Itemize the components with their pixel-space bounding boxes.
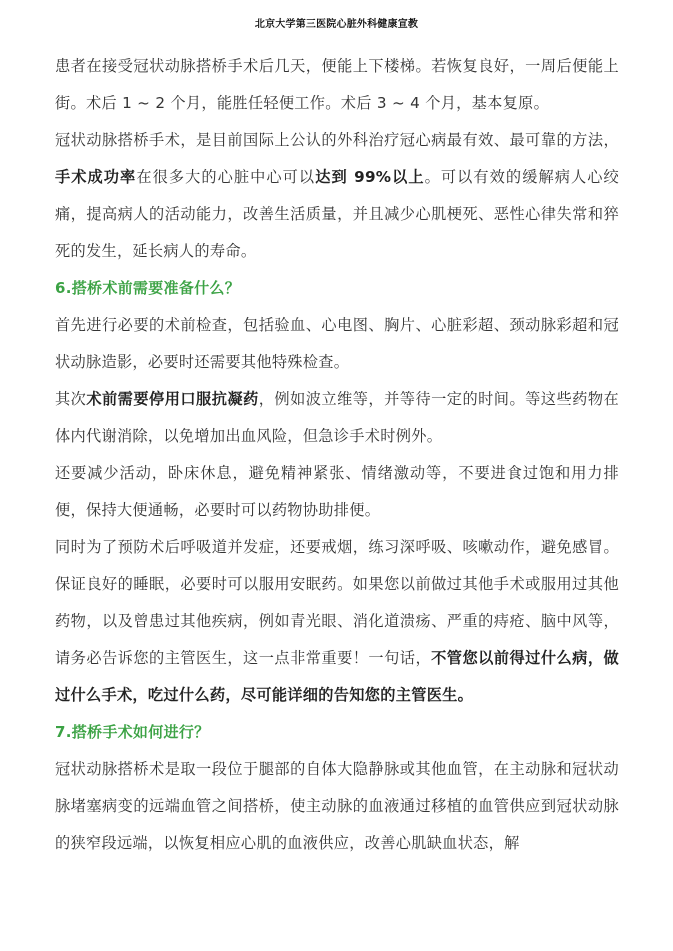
paragraph-rest: 还要减少活动，卧床休息，避免精神紧张、情绪激动等，不要进食过饱和用力排便，保持大… xyxy=(55,455,619,529)
paragraph-respiratory-prevention: 同时为了预防术后呼吸道并发症，还要戒烟，练习深呼吸、咳嗽动作，避免感冒。保证良好… xyxy=(55,529,619,714)
paragraph-anticoagulant: 其次术前需要停用口服抗凝药，例如波立维等，并等待一定的时间。等这些药物在体内代谢… xyxy=(55,381,619,455)
text-segment: 在很多大的心脏中心可以 xyxy=(136,168,315,186)
document-body: 患者在接受冠状动脉搭桥手术后几天，便能上下楼梯。若恢复良好，一周后便能上街。术后… xyxy=(55,48,619,862)
text-segment: 同时为了预防术后呼吸道并发症，还要戒烟，练习深呼吸、咳嗽动作，避免感冒。保证良好… xyxy=(55,538,619,667)
section-heading-6: 6.搭桥术前需要准备什么？ xyxy=(55,270,619,307)
text-segment: 其次 xyxy=(55,390,86,408)
bold-text-success-rate: 手术成功率 xyxy=(55,168,136,186)
section-heading-7: 7.搭桥手术如何进行？ xyxy=(55,714,619,751)
paragraph-preop-exams: 首先进行必要的术前检查，包括验血、心电图、胸片、心脏彩超、颈动脉彩超和冠状动脉造… xyxy=(55,307,619,381)
bold-text-99-percent: 达到 99%以上 xyxy=(315,168,424,186)
paragraph-recovery: 患者在接受冠状动脉搭桥手术后几天，便能上下楼梯。若恢复良好，一周后便能上街。术后… xyxy=(55,48,619,122)
text-segment: 冠状动脉搭桥手术，是目前国际上公认的外科治疗冠心病最有效、最可靠的方法， xyxy=(55,131,619,149)
bold-text-stop-anticoagulant: 术前需要停用口服抗凝药 xyxy=(86,390,258,408)
page-header-title: 北京大学第三医院心脏外科健康宣教 xyxy=(0,15,673,30)
paragraph-procedure: 冠状动脉搭桥术是取一段位于腿部的自体大隐静脉或其他血管，在主动脉和冠状动脉堵塞病… xyxy=(55,751,619,862)
paragraph-cabg-effectiveness: 冠状动脉搭桥手术，是目前国际上公认的外科治疗冠心病最有效、最可靠的方法，手术成功… xyxy=(55,122,619,270)
